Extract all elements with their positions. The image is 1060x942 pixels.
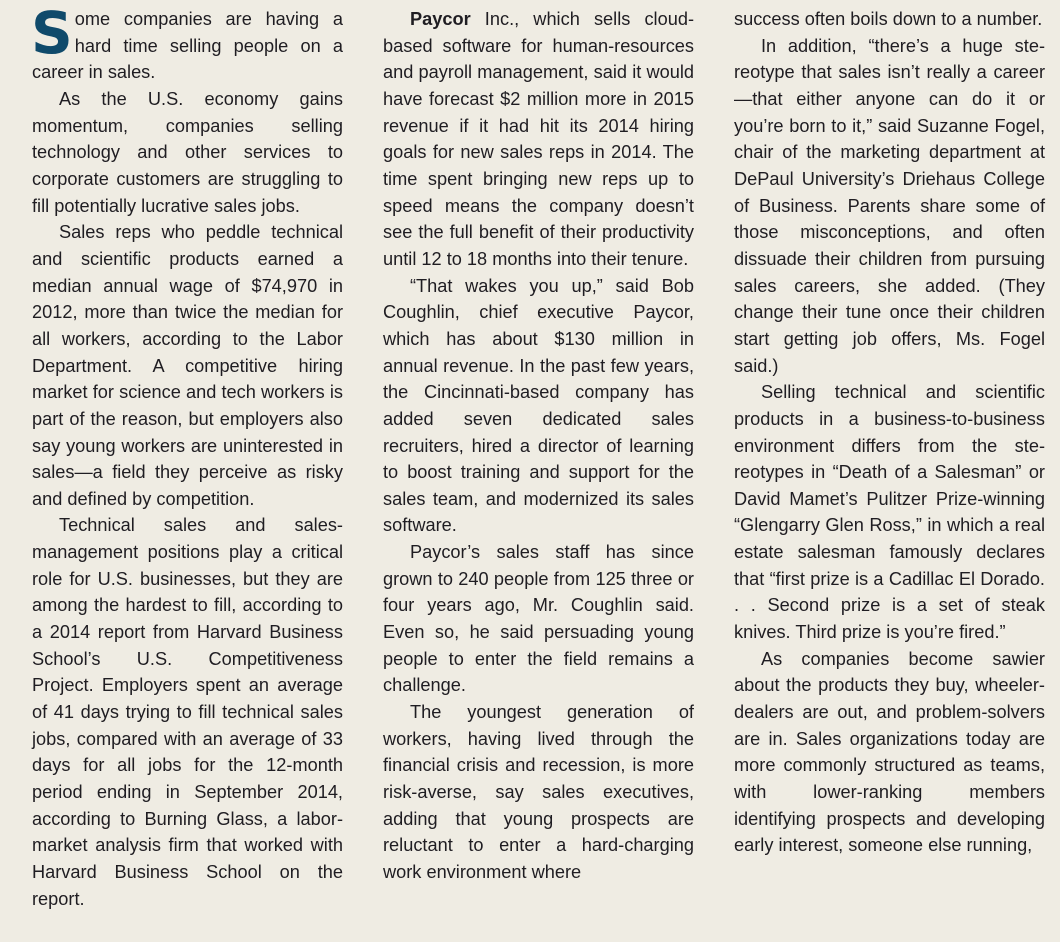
article-body: Some companies are having a hard time se… (32, 6, 1045, 912)
paragraph: As companies become sawier about the pro… (734, 646, 1045, 859)
paragraph: The youngest generation of workers, havi… (383, 699, 694, 886)
paragraph: Paycor Inc., which sells cloud-based sof… (383, 6, 694, 273)
paragraph-continuation: success often boils down to a number. (734, 6, 1045, 33)
paragraph: As the U.S. economy gains momentum, comp… (32, 86, 343, 219)
article-column-1: Some companies are having a hard time se… (32, 6, 343, 912)
paragraph: Selling technical and scientific product… (734, 379, 1045, 646)
paragraph: Paycor’s sales staff has since grown to … (383, 539, 694, 699)
paragraph: Technical sales and sales-management pos… (32, 512, 343, 912)
paragraph: Some companies are having a hard time se… (32, 6, 343, 86)
company-name-bold: Paycor (410, 9, 471, 29)
paragraph-text: Inc., which sells cloud-based software f… (383, 9, 694, 269)
paragraph: Sales reps who peddle techni­cal and sci… (32, 219, 343, 512)
paragraph: In addition, “there’s a huge ste­reotype… (734, 33, 1045, 380)
article-column-2: Paycor Inc., which sells cloud-based sof… (383, 6, 694, 912)
paragraph-text: ome companies are having a hard time sel… (32, 9, 343, 82)
paragraph: “That wakes you up,” said Bob Coughlin, … (383, 273, 694, 540)
drop-cap: S (31, 10, 73, 56)
article-column-3: success often boils down to a number. In… (734, 6, 1045, 912)
